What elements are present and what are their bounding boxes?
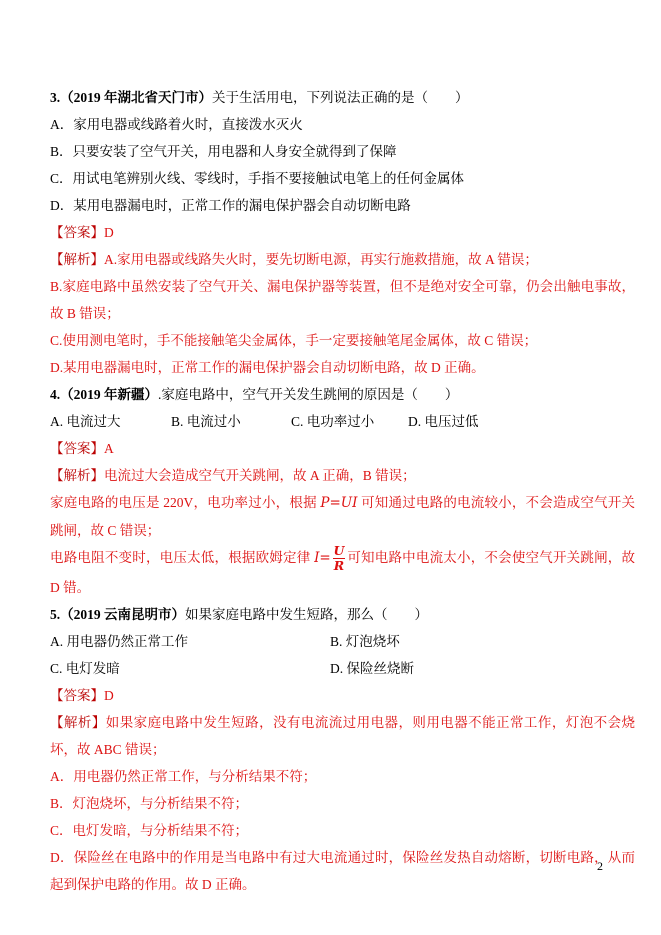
formula-P-equals-UI: P=UI bbox=[320, 495, 357, 511]
question-5-option-a: A. 用电器仍然正常工作 bbox=[50, 628, 330, 655]
question-5-answer-line: 【答案】D bbox=[50, 682, 635, 709]
question-4-analysis-2: 家庭电路的电压是 220V，电功率过小，根据 P=UI 可知通过电路的电流较小，… bbox=[50, 489, 635, 544]
question-5-answer: D bbox=[104, 688, 114, 703]
question-3-stem-text: 关于生活用电，下列说法正确的是（ ） bbox=[212, 90, 469, 105]
question-4-stem: 4.（2019 年新疆）.家庭电路中，空气开关发生跳闸的原因是（ ） bbox=[50, 381, 635, 408]
question-5-stem: 5.（2019 云南昆明市）如果家庭电路中发生短路，那么（ ） bbox=[50, 601, 635, 628]
question-3-option-c: C．用试电笔辨别火线、零线时，手指不要接触试电笔上的任何金属体 bbox=[50, 165, 635, 192]
question-4-analysis-3: 电路电阻不变时，电压太低，根据欧姆定律 I=UR可知电路中电流太小，不会使空气开… bbox=[50, 544, 635, 601]
question-5-analysis-d: D．保险丝在电路中的作用是当电路中有过大电流通过时，保险丝发热自动熔断，切断电路… bbox=[50, 844, 635, 898]
question-5-number: 5.（2019 云南昆明市） bbox=[50, 607, 185, 622]
question-4-option-a: A. 电流过大 bbox=[50, 408, 171, 435]
question-3-analysis-a: 【解析】A.家用电器或线路失火时，要先切断电源，再实行施救措施，故 A 错误； bbox=[50, 246, 635, 273]
question-5-option-d: D. 保险丝烧断 bbox=[330, 655, 414, 682]
analysis-text: 电流过大会造成空气开关跳闸，故 A 正确，B 错误； bbox=[104, 468, 416, 483]
question-5-options-row-2: C. 电灯发暗D. 保险丝烧断 bbox=[50, 655, 635, 682]
question-3-analysis-c: C.使用测电笔时，手不能接触笔尖金属体，手一定要接触笔尾金属体，故 C 错误； bbox=[50, 327, 635, 354]
analysis-label: 【解析】 bbox=[50, 468, 104, 483]
question-5-analysis-b: B．灯泡烧坏，与分析结果不符； bbox=[50, 790, 635, 817]
question-4-answer: A bbox=[104, 441, 114, 456]
question-3-analysis-d: D.某用电器漏电时，正常工作的漏电保护器会自动切断电路，故 D 正确。 bbox=[50, 354, 635, 381]
fraction-denominator: R bbox=[333, 558, 345, 573]
question-5-analysis-1: 【解析】如果家庭电路中发生短路，没有电流流过用电器，则用电器不能正常工作，灯泡不… bbox=[50, 709, 635, 763]
question-3-analysis-b: B.家庭电路中虽然安装了空气开关、漏电保护器等装置，但不是绝对安全可靠，仍会出触… bbox=[50, 273, 635, 327]
analysis-label: 【解析】 bbox=[50, 715, 106, 730]
page-number: 2 bbox=[597, 858, 603, 874]
question-4-answer-line: 【答案】A bbox=[50, 435, 635, 462]
question-5-option-c: C. 电灯发暗 bbox=[50, 655, 330, 682]
question-3-answer-line: 【答案】D bbox=[50, 219, 635, 246]
question-4-analysis-1: 【解析】电流过大会造成空气开关跳闸，故 A 正确，B 错误； bbox=[50, 462, 635, 489]
question-4-option-d: D. 电压过低 bbox=[408, 408, 479, 435]
document-page: 3.（2019 年湖北省天门市）关于生活用电，下列说法正确的是（ ） A．家用电… bbox=[0, 0, 661, 935]
question-3-option-b: B．只要安装了空气开关，用电器和人身安全就得到了保障 bbox=[50, 138, 635, 165]
question-3-stem: 3.（2019 年湖北省天门市）关于生活用电，下列说法正确的是（ ） bbox=[50, 84, 635, 111]
fraction-U-over-R: UR bbox=[333, 544, 345, 574]
question-4-option-b: B. 电流过小 bbox=[171, 408, 291, 435]
question-5-analysis-c: C．电灯发暗，与分析结果不符； bbox=[50, 817, 635, 844]
question-4-option-c: C. 电功率过小 bbox=[291, 408, 408, 435]
answer-label: 【答案】 bbox=[50, 688, 104, 703]
analysis-text: 家庭电路的电压是 220V，电功率过小，根据 bbox=[50, 495, 320, 510]
question-4-options: A. 电流过大B. 电流过小C. 电功率过小D. 电压过低 bbox=[50, 408, 635, 435]
question-3-number: 3.（2019 年湖北省天门市） bbox=[50, 90, 212, 105]
analysis-text: 电路电阻不变时，电压太低，根据欧姆定律 bbox=[50, 550, 314, 565]
document-body: 3.（2019 年湖北省天门市）关于生活用电，下列说法正确的是（ ） A．家用电… bbox=[0, 0, 661, 898]
question-5-options-row-1: A. 用电器仍然正常工作B. 灯泡烧坏 bbox=[50, 628, 635, 655]
question-5-stem-text: 如果家庭电路中发生短路，那么（ ） bbox=[185, 607, 428, 622]
question-4-number: 4.（2019 年新疆） bbox=[50, 387, 158, 402]
fraction-numerator: U bbox=[333, 544, 344, 558]
answer-label: 【答案】 bbox=[50, 225, 104, 240]
question-3-option-d: D．某用电器漏电时，正常工作的漏电保护器会自动切断电路 bbox=[50, 192, 635, 219]
analysis-text: 如果家庭电路中发生短路，没有电流流过用电器，则用电器不能正常工作，灯泡不会烧坏，… bbox=[50, 715, 635, 757]
question-5-option-b: B. 灯泡烧坏 bbox=[330, 628, 400, 655]
question-3-option-a: A．家用电器或线路着火时，直接泼水灭火 bbox=[50, 111, 635, 138]
answer-label: 【答案】 bbox=[50, 441, 104, 456]
question-3-answer: D bbox=[104, 225, 114, 240]
question-5-analysis-a: A．用电器仍然正常工作，与分析结果不符； bbox=[50, 763, 635, 790]
analysis-label: 【解析】 bbox=[50, 252, 104, 267]
question-4-stem-text: .家庭电路中，空气开关发生跳闸的原因是（ ） bbox=[158, 387, 458, 402]
analysis-text: A.家用电器或线路失火时，要先切断电源，再实行施救措施，故 A 错误； bbox=[104, 252, 538, 267]
formula-I-equals: I= bbox=[314, 550, 331, 566]
